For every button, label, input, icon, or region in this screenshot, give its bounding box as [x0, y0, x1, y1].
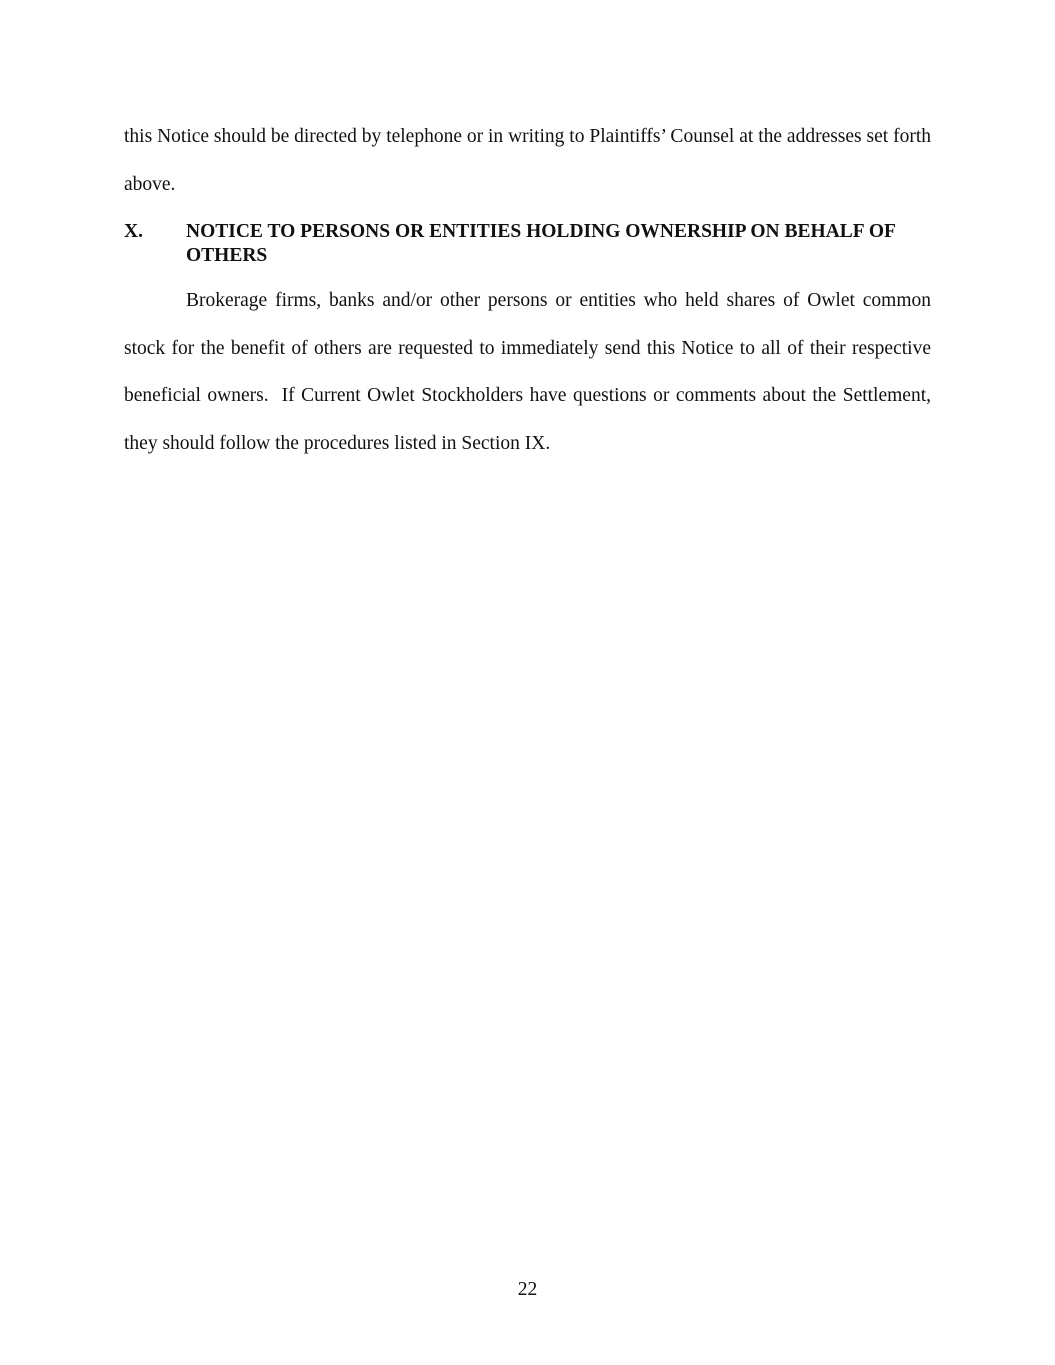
continued-paragraph: this Notice should be directed by teleph… [124, 113, 931, 208]
section-number: X. [124, 220, 143, 244]
page-number: 22 [0, 1279, 1055, 1301]
section-title: NOTICE TO PERSONS OR ENTITIES HOLDING OW… [186, 220, 934, 268]
section-body-paragraph: Brokerage firms, banks and/or other pers… [124, 277, 931, 467]
document-page: this Notice should be directed by teleph… [0, 0, 1055, 1365]
